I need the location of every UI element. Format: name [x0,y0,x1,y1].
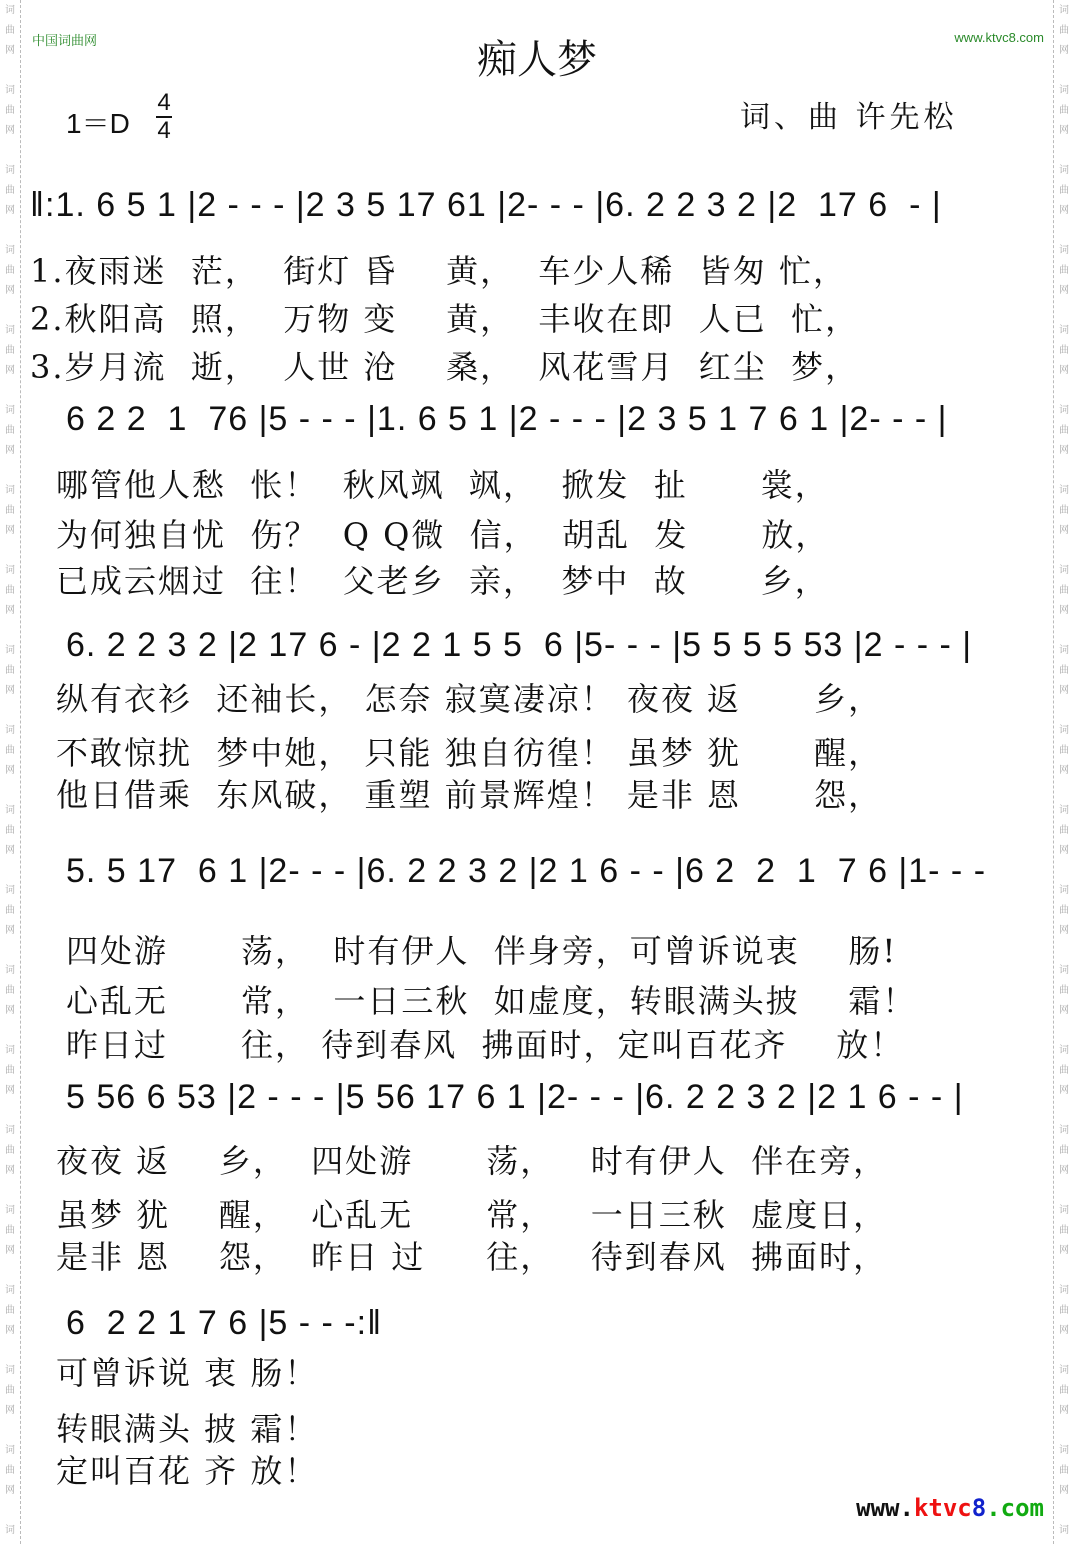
notation-line-1: ‖:1. 6 5 1 |2 - - - |2 3 5 17 61 |2- - -… [30,186,942,225]
watermark-glyph: 曲 [1054,104,1074,118]
watermark-glyph: 网 [1054,844,1074,858]
watermark-glyph: 曲 [1054,264,1074,278]
watermark-glyph: 曲 [1054,1224,1074,1238]
watermark-glyph: 网 [1054,1404,1074,1418]
watermark-glyph: 曲 [0,1064,20,1078]
watermark-glyph: 曲 [0,1464,20,1478]
watermark-glyph: 网 [1054,1324,1074,1338]
watermark-glyph: 词 [0,884,20,898]
composer-credit: 词、曲 许先松 [740,92,958,136]
watermark-glyph: 网 [0,444,20,458]
time-signature-top: 4 [157,89,170,116]
watermark-glyph: 网 [0,1004,20,1018]
watermark-glyph: 曲 [1054,1304,1074,1318]
time-signature: 4 4 [156,90,172,144]
watermark-glyph: 曲 [0,1384,20,1398]
watermark-glyph: 曲 [1054,424,1074,438]
watermark-glyph: 曲 [0,424,20,438]
watermark-glyph: 网 [0,844,20,858]
logo-part-ktvc: ktvc [914,1494,972,1522]
watermark-glyph: 网 [1054,604,1074,618]
watermark-glyph: 网 [0,684,20,698]
watermark-glyph: 网 [1054,124,1074,138]
watermark-glyph: 曲 [1054,344,1074,358]
watermark-glyph: 词 [0,84,20,98]
watermark-glyph: 词 [1054,1044,1074,1058]
watermark-glyph: 网 [1054,1244,1074,1258]
watermark-glyph: 词 [1054,724,1074,738]
watermark-glyph: 曲 [0,904,20,918]
watermark-glyph: 网 [1054,1164,1074,1178]
watermark-glyph: 词 [0,724,20,738]
lyric-line-5-3: 是非 恩 怨， 昨日 过 往， 待到春风 拂面时， [56,1232,887,1278]
watermark-glyph: 网 [1054,764,1074,778]
watermark-glyph: 网 [0,764,20,778]
watermark-glyph: 网 [1054,524,1074,538]
watermark-glyph: 词 [1054,324,1074,338]
notation-line-4: 5. 5 17 6 1 |2- - - |6. 2 2 3 2 |2 1 6 -… [66,852,986,891]
watermark-glyph: 词 [1054,964,1074,978]
watermark-glyph: 网 [0,284,20,298]
watermark-glyph: 曲 [1054,824,1074,838]
watermark-glyph: 曲 [0,664,20,678]
watermark-glyph: 网 [0,924,20,938]
watermark-glyph: 词 [1054,244,1074,258]
watermark-glyph: 曲 [1054,904,1074,918]
watermark-glyph: 网 [0,1404,20,1418]
watermark-glyph: 网 [1054,1084,1074,1098]
watermark-glyph: 词 [0,644,20,658]
watermark-glyph: 词 [1054,84,1074,98]
watermark-glyph: 曲 [0,1304,20,1318]
watermark-glyph: 曲 [0,104,20,118]
watermark-glyph: 网 [1054,1484,1074,1498]
watermark-glyph: 网 [0,124,20,138]
notation-line-5: 5 56 6 53 |2 - - - |5 56 17 6 1 |2- - - … [66,1078,964,1117]
watermark-glyph: 词 [1054,644,1074,658]
watermark-glyph: 词 [1054,1124,1074,1138]
watermark-glyph: 曲 [0,744,20,758]
watermark-glyph: 曲 [1054,744,1074,758]
lyric-line-2-1: 哪管他人愁 怅！ 秋风飒 飒， 掀发 扯 裳， [56,460,829,506]
watermark-glyph: 词 [0,1124,20,1138]
watermark-glyph: 曲 [0,1144,20,1158]
watermark-glyph: 曲 [1054,984,1074,998]
watermark-glyph: 网 [0,204,20,218]
watermark-glyph: 曲 [1054,1064,1074,1078]
watermark-glyph: 曲 [0,984,20,998]
watermark-glyph: 词 [1054,1204,1074,1218]
watermark-glyph: 词 [0,1444,20,1458]
lyric-line-3-2: 不敢惊扰 梦中她， 只能 独自彷徨！ 虽梦 犹 醒， [56,728,882,774]
watermark-glyph: 网 [0,1244,20,1258]
watermark-glyph: 网 [1054,284,1074,298]
watermark-glyph: 曲 [1054,1464,1074,1478]
watermark-glyph: 网 [0,604,20,618]
watermark-glyph: 词 [0,244,20,258]
watermark-glyph: 曲 [0,504,20,518]
watermark-glyph: 网 [0,1084,20,1098]
watermark-glyph: 词 [0,1524,20,1538]
watermark-glyph: 网 [1054,684,1074,698]
watermark-glyph: 曲 [1054,184,1074,198]
watermark-glyph: 词 [1054,404,1074,418]
left-watermark-strip: 词曲网词曲网词曲网词曲网词曲网词曲网词曲网词曲网词曲网词曲网词曲网词曲网词曲网词… [0,0,21,1544]
watermark-glyph: 词 [0,964,20,978]
watermark-glyph: 词 [0,164,20,178]
logo-part-8: 8 [972,1494,986,1522]
watermark-glyph: 词 [1054,1284,1074,1298]
watermark-glyph: 网 [1054,364,1074,378]
notation-line-3: 6. 2 2 3 2 |2 17 6 - |2 2 1 5 5 6 |5- - … [66,626,972,665]
watermark-glyph: 词 [1054,1444,1074,1458]
watermark-glyph: 曲 [0,264,20,278]
lyric-line-6-1: 可曾诉说 衷 肠！ [56,1348,318,1394]
watermark-glyph: 网 [1054,1004,1074,1018]
watermark-glyph: 网 [0,524,20,538]
lyric-line-3-1: 纵有衣衫 还袖长， 怎奈 寂寞凄凉！ 夜夜 返 乡， [56,674,882,720]
watermark-glyph: 曲 [1054,584,1074,598]
watermark-glyph: 词 [1054,1364,1074,1378]
watermark-glyph: 词 [0,1284,20,1298]
watermark-glyph: 曲 [0,1224,20,1238]
watermark-glyph: 词 [1054,1524,1074,1538]
watermark-glyph: 网 [1054,444,1074,458]
watermark-glyph: 词 [1054,4,1074,18]
right-watermark-strip: 词曲网词曲网词曲网词曲网词曲网词曲网词曲网词曲网词曲网词曲网词曲网词曲网词曲网词… [1053,0,1074,1544]
watermark-glyph: 曲 [1054,504,1074,518]
watermark-glyph: 词 [0,1364,20,1378]
lyric-line-3-3: 他日借乘 东风破， 重塑 前景辉煌！ 是非 恩 怨， [56,770,882,816]
watermark-glyph: 词 [0,564,20,578]
lyric-line-1-1: 1.夜雨迷 茫， 街灯 昏 黄， 车少人稀 皆匆 忙， [30,246,847,292]
watermark-glyph: 曲 [0,824,20,838]
watermark-glyph: 词 [0,324,20,338]
lyric-line-1-2: 2.秋阳高 照， 万物 变 黄， 丰收在即 人已 忙， [30,294,859,340]
watermark-glyph: 网 [0,1324,20,1338]
logo-part-www: www. [856,1494,914,1522]
lyric-line-2-2: 为何独自忧 伤？ Q Q微 信， 胡乱 发 放， [56,510,829,556]
song-title: 痴人梦 [0,28,1074,85]
watermark-glyph: 曲 [1054,1384,1074,1398]
watermark-glyph: 词 [0,1204,20,1218]
watermark-glyph: 曲 [0,584,20,598]
lyric-line-4-3: 昨日过 往， 待到春风 拂面时，定叫百花齐 放！ [66,1020,904,1066]
watermark-glyph: 网 [1054,204,1074,218]
lyric-line-5-1: 夜夜 返 乡， 四处游 荡， 时有伊人 伴在旁， [56,1136,887,1182]
lyric-line-4-2: 心乱无 常， 一日三秋 如虚度，转眼满头披 霜！ [66,976,916,1022]
watermark-glyph: 词 [0,404,20,418]
lyric-line-6-3: 定叫百花 齐 放！ [56,1446,318,1492]
watermark-glyph: 词 [0,804,20,818]
watermark-glyph: 词 [1054,484,1074,498]
time-signature-bottom: 4 [157,117,170,144]
watermark-glyph: 曲 [1054,664,1074,678]
lyric-line-1-3: 3.岁月流 逝， 人世 沧 桑， 风花雪月 红尘 梦， [30,342,859,388]
logo-part-com: .com [986,1494,1044,1522]
watermark-glyph: 曲 [1054,1144,1074,1158]
watermark-glyph: 网 [0,1164,20,1178]
watermark-glyph: 词 [1054,164,1074,178]
watermark-glyph: 网 [0,1484,20,1498]
watermark-glyph: 词 [1054,564,1074,578]
lyric-line-6-2: 转眼满头 披 霜！ [56,1404,318,1450]
watermark-glyph: 网 [1054,924,1074,938]
watermark-glyph: 曲 [0,344,20,358]
watermark-glyph: 网 [0,364,20,378]
watermark-glyph: 曲 [0,184,20,198]
watermark-glyph: 词 [0,1044,20,1058]
watermark-glyph: 词 [0,484,20,498]
watermark-glyph: 词 [1054,884,1074,898]
lyric-line-2-3: 已成云烟过 往！ 父老乡 亲， 梦中 故 乡， [56,556,829,602]
lyric-line-5-2: 虽梦 犹 醒， 心乱无 常， 一日三秋 虚度日， [56,1190,887,1236]
watermark-glyph: 词 [1054,804,1074,818]
key-signature: 1＝D [66,102,130,142]
footer-site-logo: www.ktvc8.com [856,1494,1044,1522]
lyric-line-4-1: 四处游 荡， 时有伊人 伴身旁，可曾诉说衷 肠! [66,926,897,972]
notation-line-2: 6 2 2 1 76 |5 - - - |1. 6 5 1 |2 - - - |… [66,400,947,439]
watermark-glyph: 词 [0,4,20,18]
notation-line-6: 6 2 2 1 7 6 |5 - - -:‖ [66,1304,382,1343]
